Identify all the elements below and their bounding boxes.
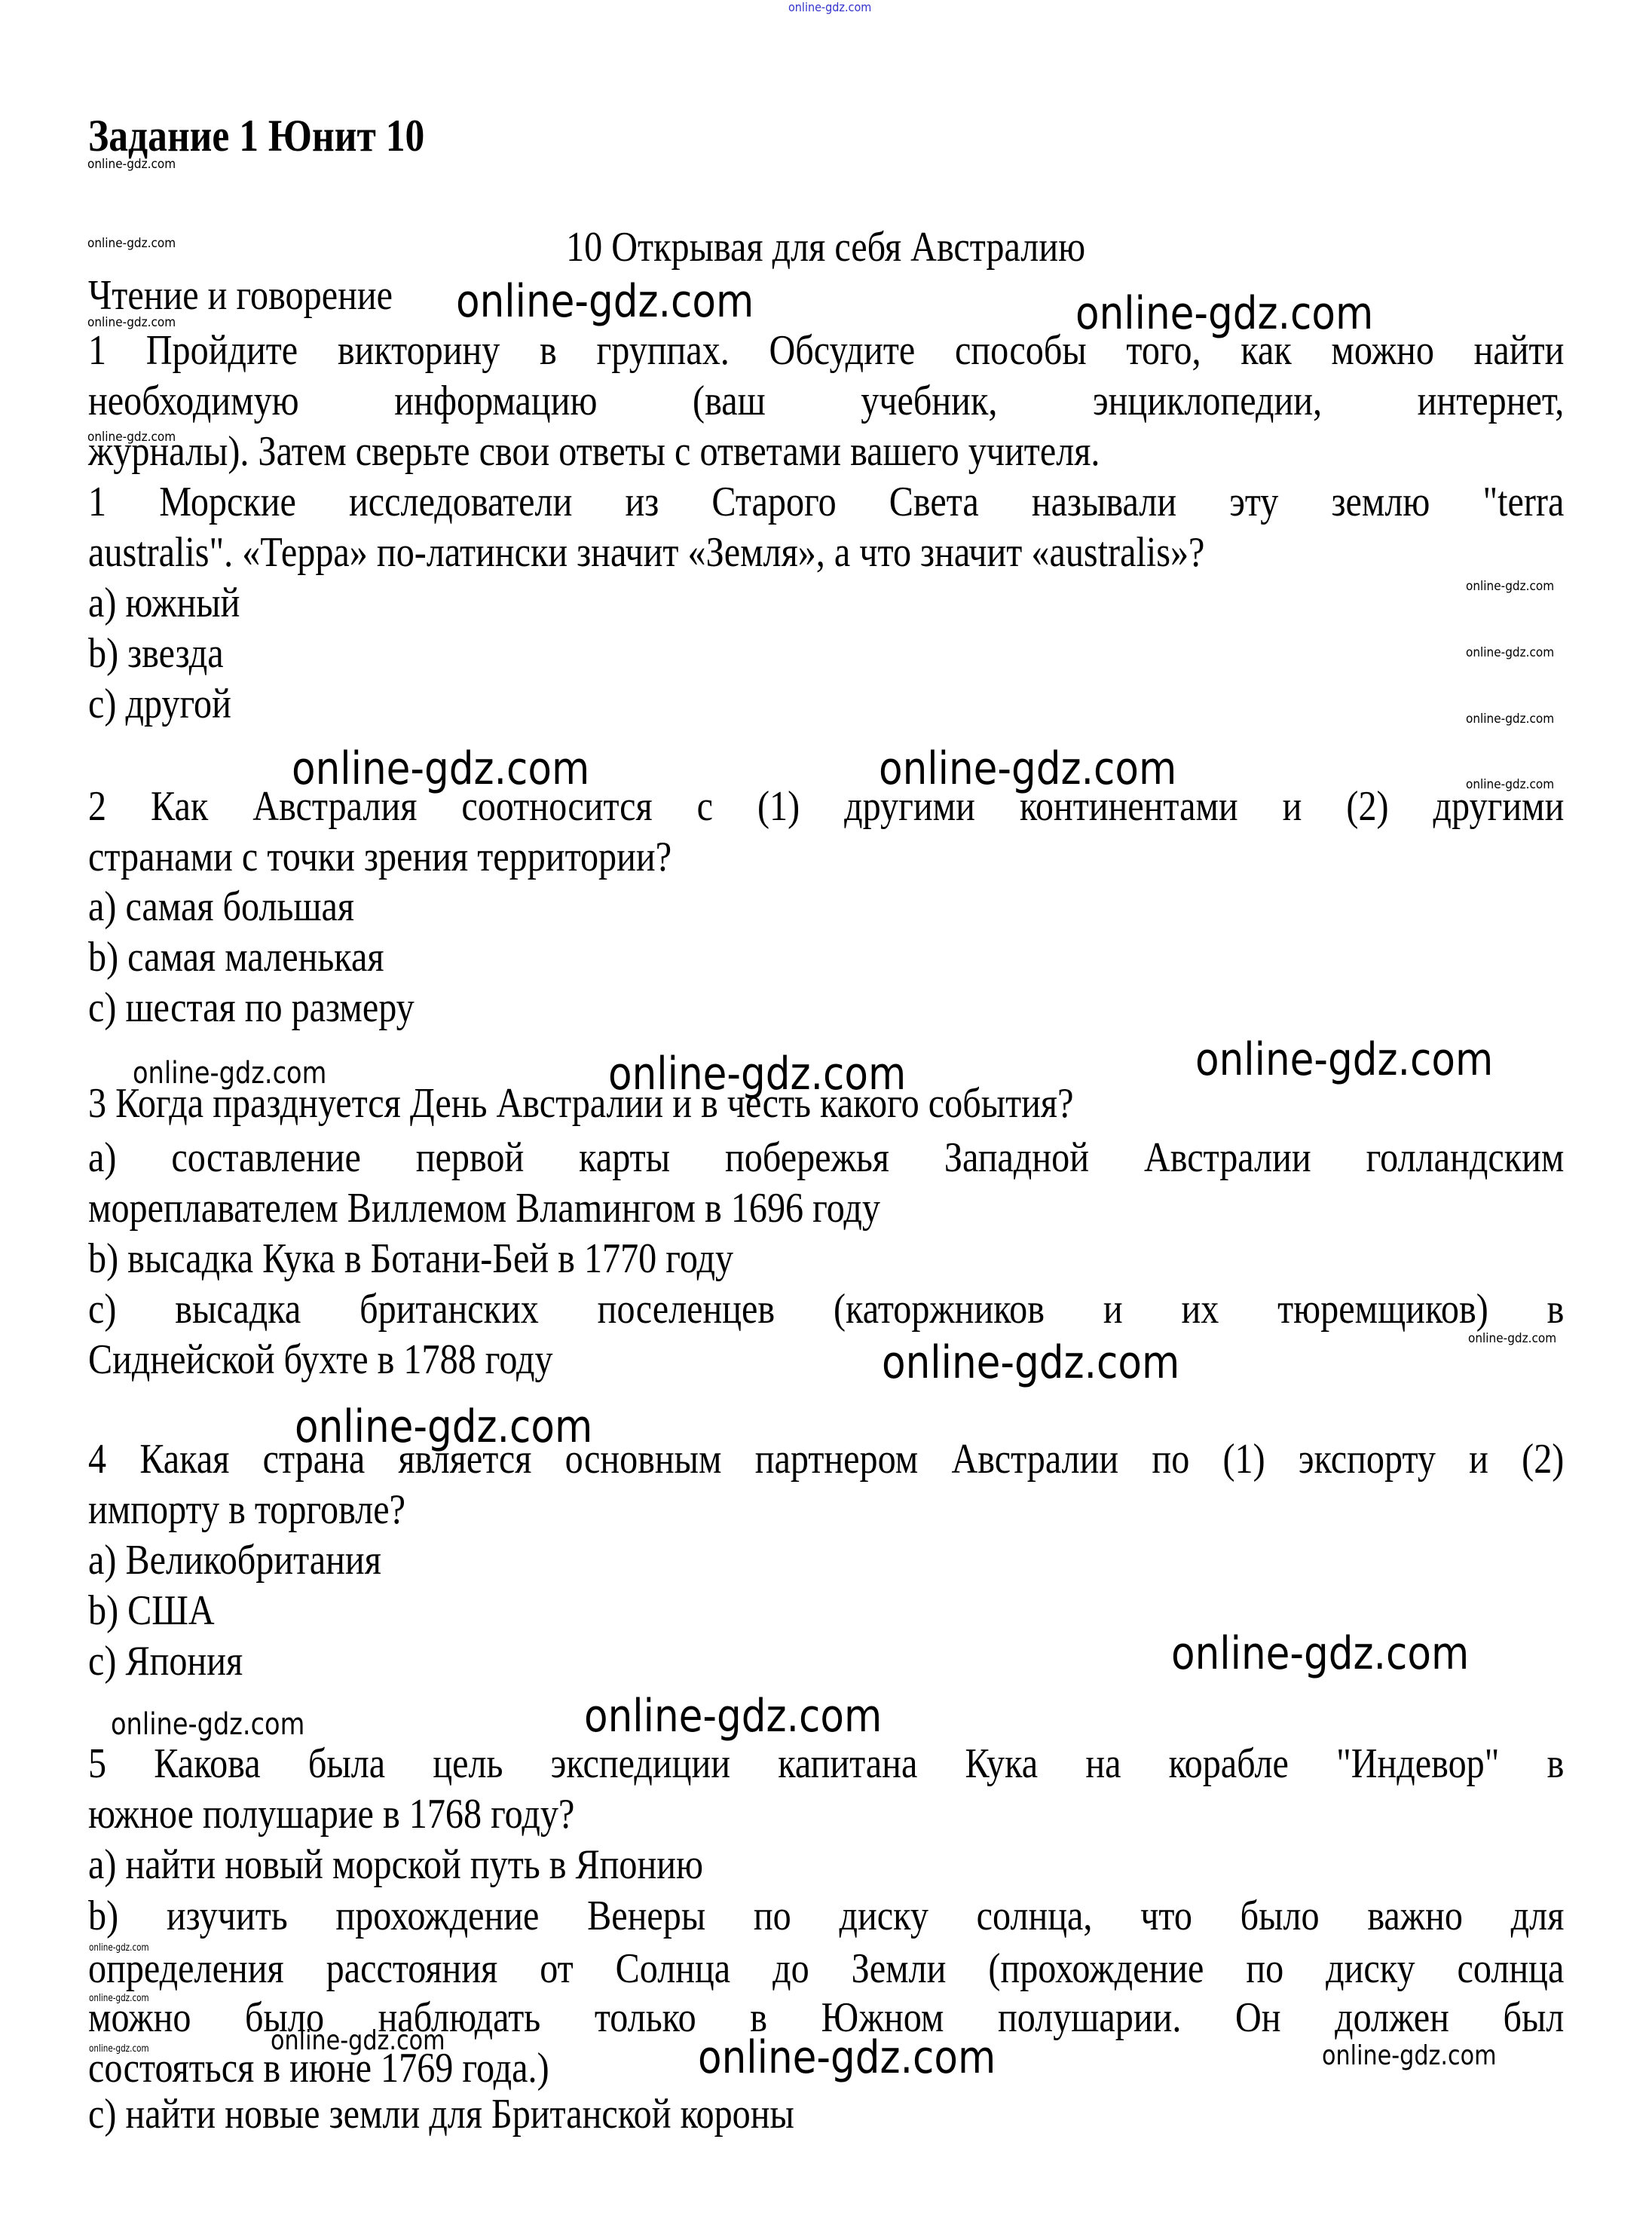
question-1-option-c: c) другой	[88, 683, 1564, 725]
question-4-text: 4 Какая страна является основным партнер…	[88, 1438, 1564, 1480]
watermark: online-gdz.com	[1171, 1631, 1469, 1676]
question-3-option-a-cont: мореплавателем Виллемом Влamингом в 1696…	[88, 1187, 1564, 1229]
watermark: online-gdz.com	[584, 1694, 882, 1739]
page-title: Задание 1 Юнит 10	[88, 115, 1564, 157]
question-5-text: южное полушарие в 1768 году?	[88, 1793, 1564, 1835]
intro-line: необходимую информацию (ваш учебник, энц…	[88, 380, 1564, 422]
question-5-text: 5 Какова была цель экспедиции капитана К…	[88, 1743, 1564, 1785]
watermark: online-gdz.com	[1195, 1037, 1493, 1082]
unit-subtitle: 10 Открывая для себя Австралию	[0, 226, 1652, 268]
question-4-text: импорту в торговле?	[88, 1489, 1564, 1531]
question-1-option-a: a) южный	[88, 582, 1564, 624]
question-5-option-b-cont: состояться в июне 1769 года.)	[88, 2047, 1564, 2089]
question-3-option-c-cont: Сиднейской бухте в 1788 году	[88, 1339, 1564, 1381]
question-4-option-a: a) Великобритания	[88, 1539, 1564, 1581]
intro-line: журналы). Затем сверьте свои ответы с от…	[88, 430, 1564, 473]
question-5-option-c: c) найти новые земли для Британской коро…	[88, 2093, 1564, 2135]
question-2-text: странами с точки зрения территории?	[88, 836, 1564, 878]
question-2-option-b: b) самая маленькая	[88, 936, 1564, 978]
intro-line: 1 Пройдите викторину в группах. Обсудите…	[88, 329, 1564, 372]
question-3-text: 3 Когда празднуется День Австралии и в ч…	[88, 1082, 1564, 1125]
question-5-option-a: a) найти новый морской путь в Японию	[88, 1844, 1564, 1886]
document-page: online-gdz.com Задание 1 Юнит 10 online-…	[0, 0, 1652, 2234]
question-5-option-b-cont: определения расстояния от Солнца до Земл…	[88, 1948, 1564, 1990]
question-2-option-a: a) самая большая	[88, 886, 1564, 928]
question-3-option-a: a) составление первой карты побережья За…	[88, 1137, 1564, 1179]
question-1-text: australis". «Терра» по-латински значит «…	[88, 531, 1564, 574]
watermark: online-gdz.com	[456, 279, 754, 324]
question-5-option-b: b) изучить прохождение Венеры по диску с…	[88, 1895, 1564, 1937]
watermark: online-gdz.com	[87, 158, 176, 171]
question-1-text: 1 Морские исследователи из Старого Света…	[88, 481, 1564, 523]
watermark: online-gdz.com	[882, 1340, 1179, 1385]
question-2-option-c: c) шестая по размеру	[88, 987, 1564, 1029]
question-3-option-c: c) высадка британских поселенцев (каторж…	[88, 1288, 1564, 1330]
watermark: online-gdz.com	[111, 1709, 304, 1740]
question-1-option-b: b) звезда	[88, 632, 1564, 675]
question-2-text: 2 Как Австралия соотносится с (1) другим…	[88, 785, 1564, 828]
question-4-option-b: b) США	[88, 1590, 1564, 1632]
question-3-option-b: b) высадка Кука в Ботани-Бей в 1770 году	[88, 1238, 1564, 1280]
top-watermark: online-gdz.com	[788, 2, 871, 14]
